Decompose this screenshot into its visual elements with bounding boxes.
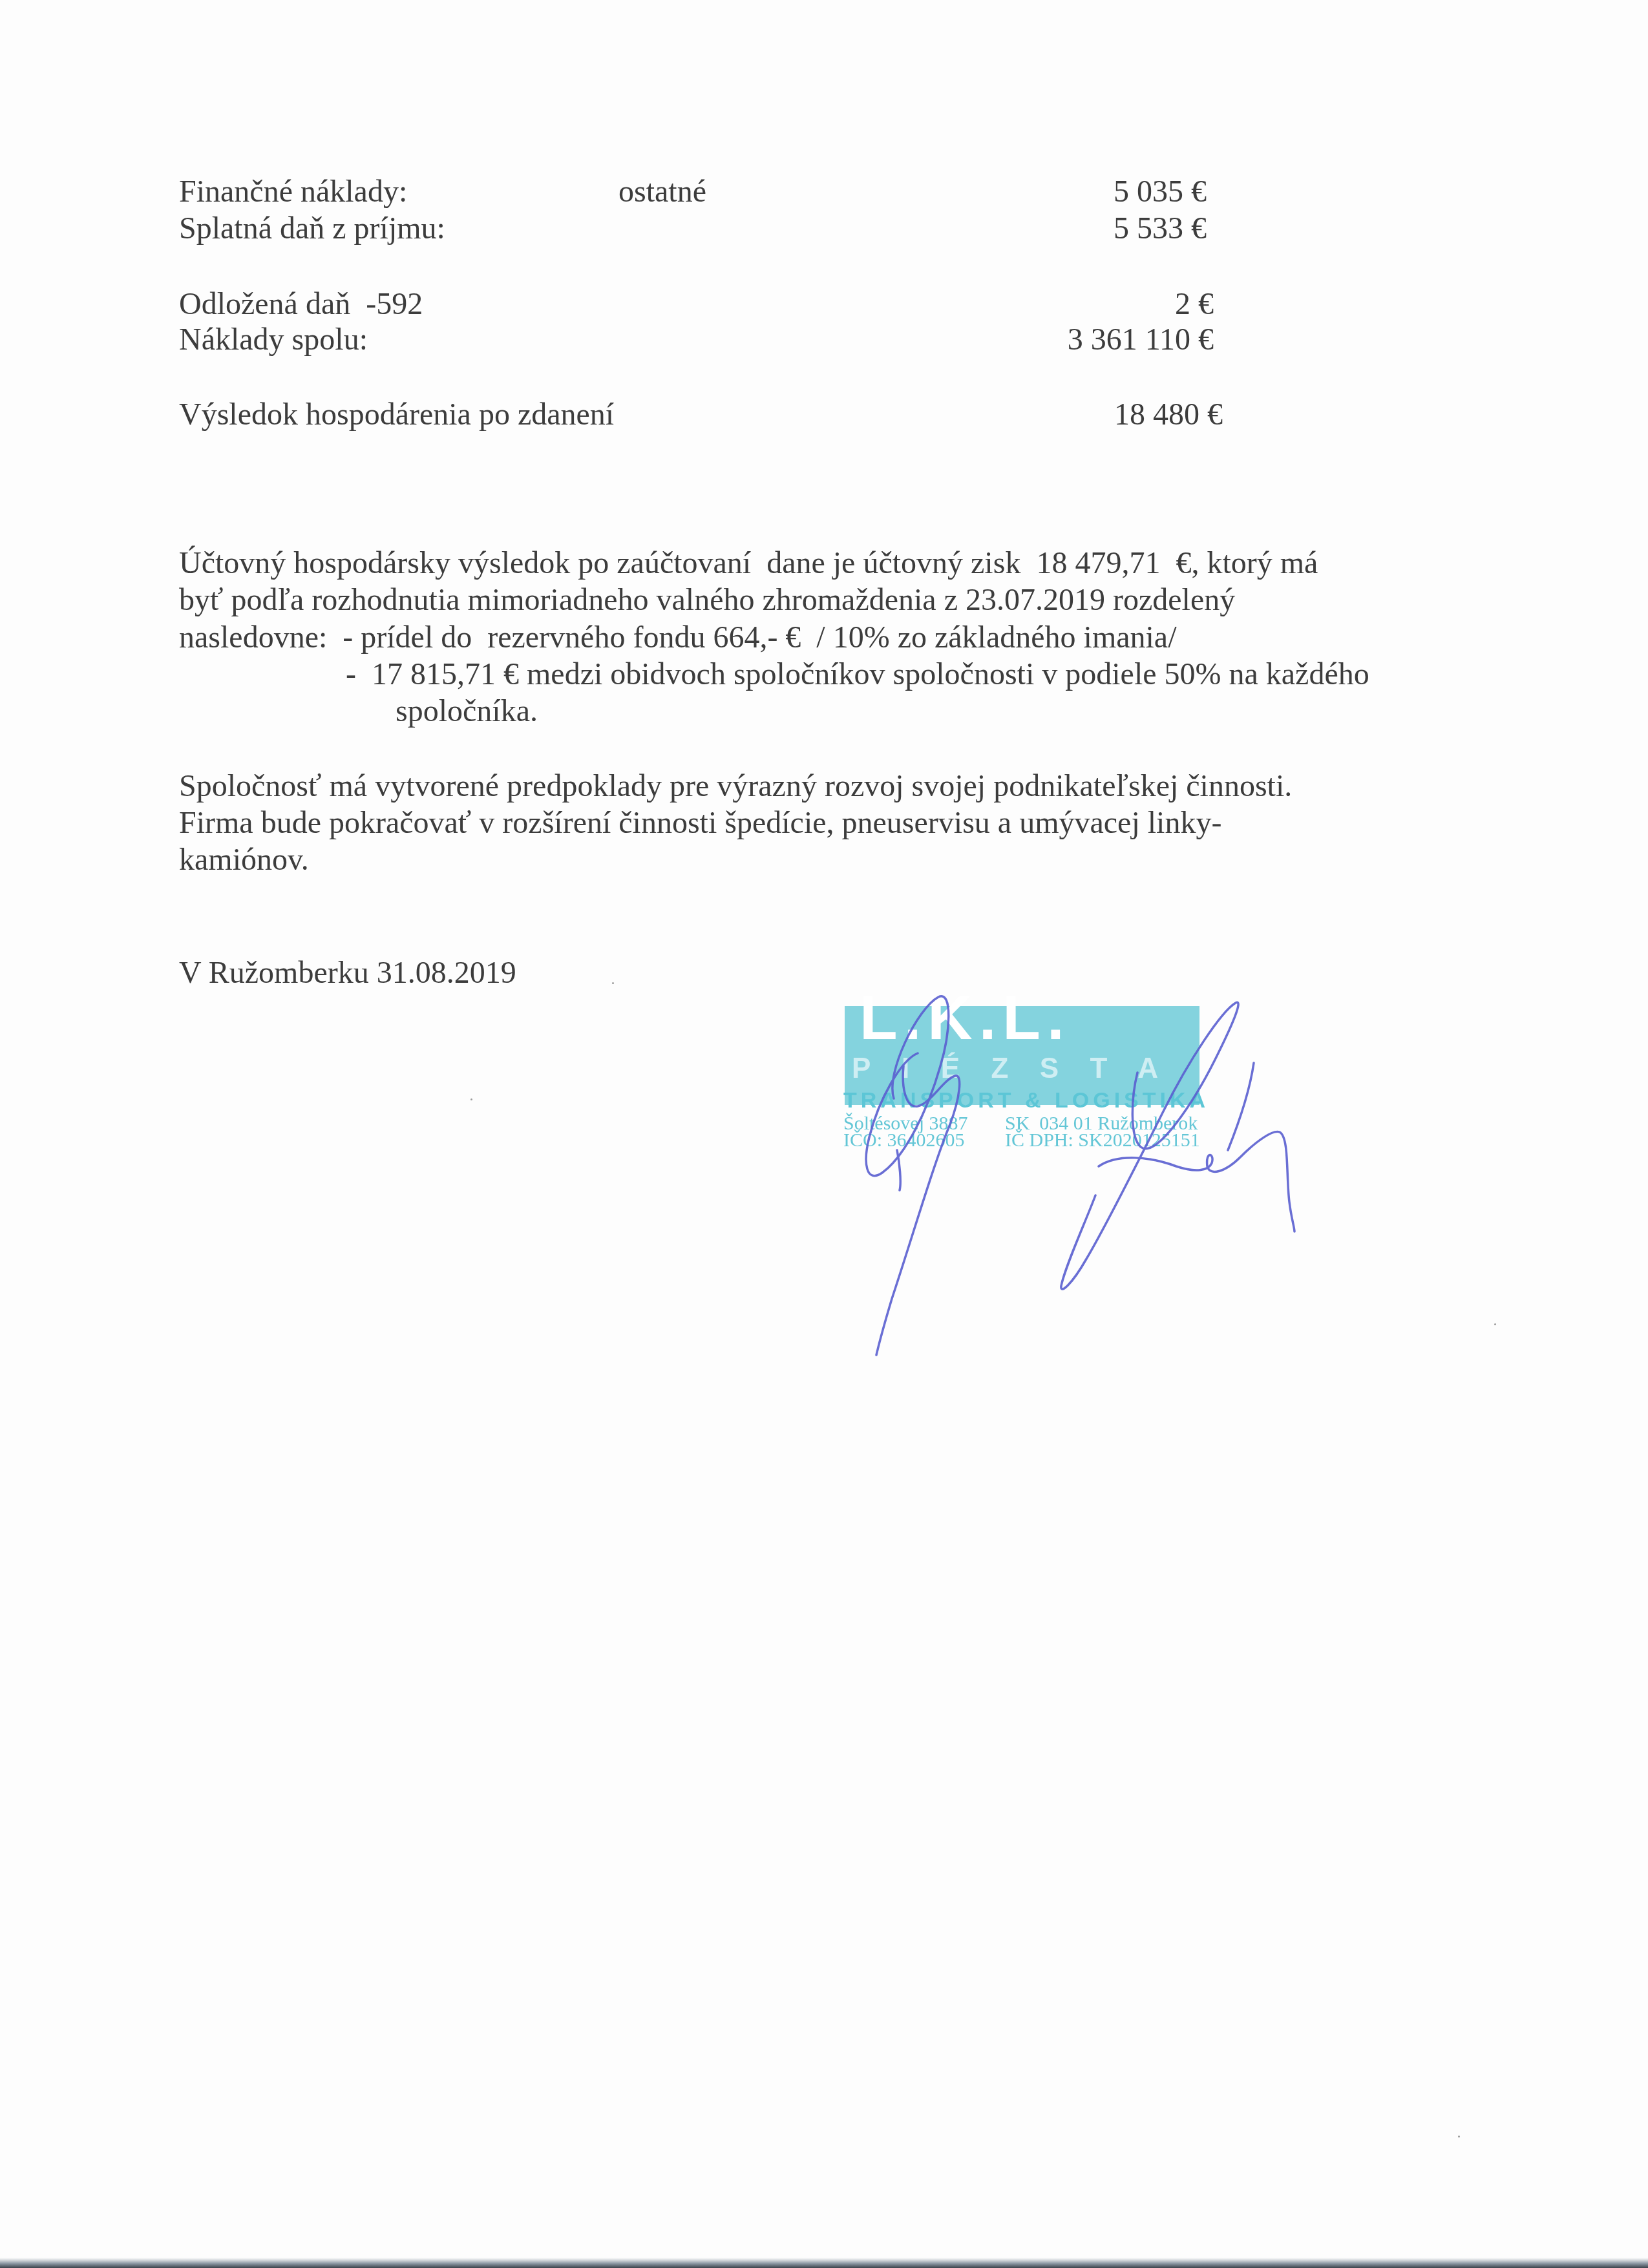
document-page: Finančné náklady: ostatné 5 035 € Splatn… [0,0,1648,2268]
row-note-ostatne: ostatné [618,176,706,207]
profit-paragraph-line: Účtovný hospodársky výsledok po zaúčtova… [179,548,1318,579]
row-amount-vysledok-hospodarenia: 18 480 € [1114,399,1223,430]
stamp-ico: IČO: 36402605 [843,1131,965,1150]
outlook-paragraph-line: kamiónov. [179,845,309,876]
row-label-splatna-dan: Splatná daň z príjmu: [179,213,445,244]
row-label-vysledok-hospodarenia: Výsledok hospodárenia po zdanení [179,399,614,430]
profit-paragraph-line: - 17 815,71 € medzi obidvoch spoločníkov… [346,659,1369,690]
outlook-paragraph-line: Spoločnosť má vytvorené predpoklady pre … [179,771,1292,802]
stamp-name-row: P I É Z S T A [852,1055,1163,1083]
profit-paragraph-line: nasledovne: - prídel do rezervného fondu… [179,622,1177,653]
row-amount-splatna-dan: 5 533 € [1114,213,1207,244]
row-label-naklady-spolu: Náklady spolu: [179,324,368,355]
scan-speck [1494,1323,1496,1325]
outlook-paragraph-line: Firma bude pokračovať v rozšírení činnos… [179,808,1221,839]
scan-speck [1458,2136,1460,2137]
place-date: V Ružomberku 31.08.2019 [179,958,516,989]
stamp-vat-id: IČ DPH: SK2020125151 [1005,1131,1200,1150]
stamp-tagline: TRANSPORT & LOGISTIKA [843,1089,1209,1111]
row-amount-odlozena-dan: 2 € [1175,289,1214,320]
profit-paragraph-line: byť podľa rozhodnutia mimoriadneho valné… [179,585,1235,616]
row-amount-financne-naklady: 5 035 € [1114,176,1207,207]
scan-speck [612,982,614,984]
scan-bottom-edge [0,2258,1648,2268]
stamp-logo: L.K.L. [860,987,1071,1049]
scan-speck [470,1098,472,1100]
profit-paragraph-line: spoločníka. [396,696,538,727]
row-label-financne-naklady: Finančné náklady: [179,176,407,207]
row-amount-naklady-spolu: 3 361 110 € [1068,324,1214,355]
row-label-odlozena-dan: Odložená daň -592 [179,289,423,320]
